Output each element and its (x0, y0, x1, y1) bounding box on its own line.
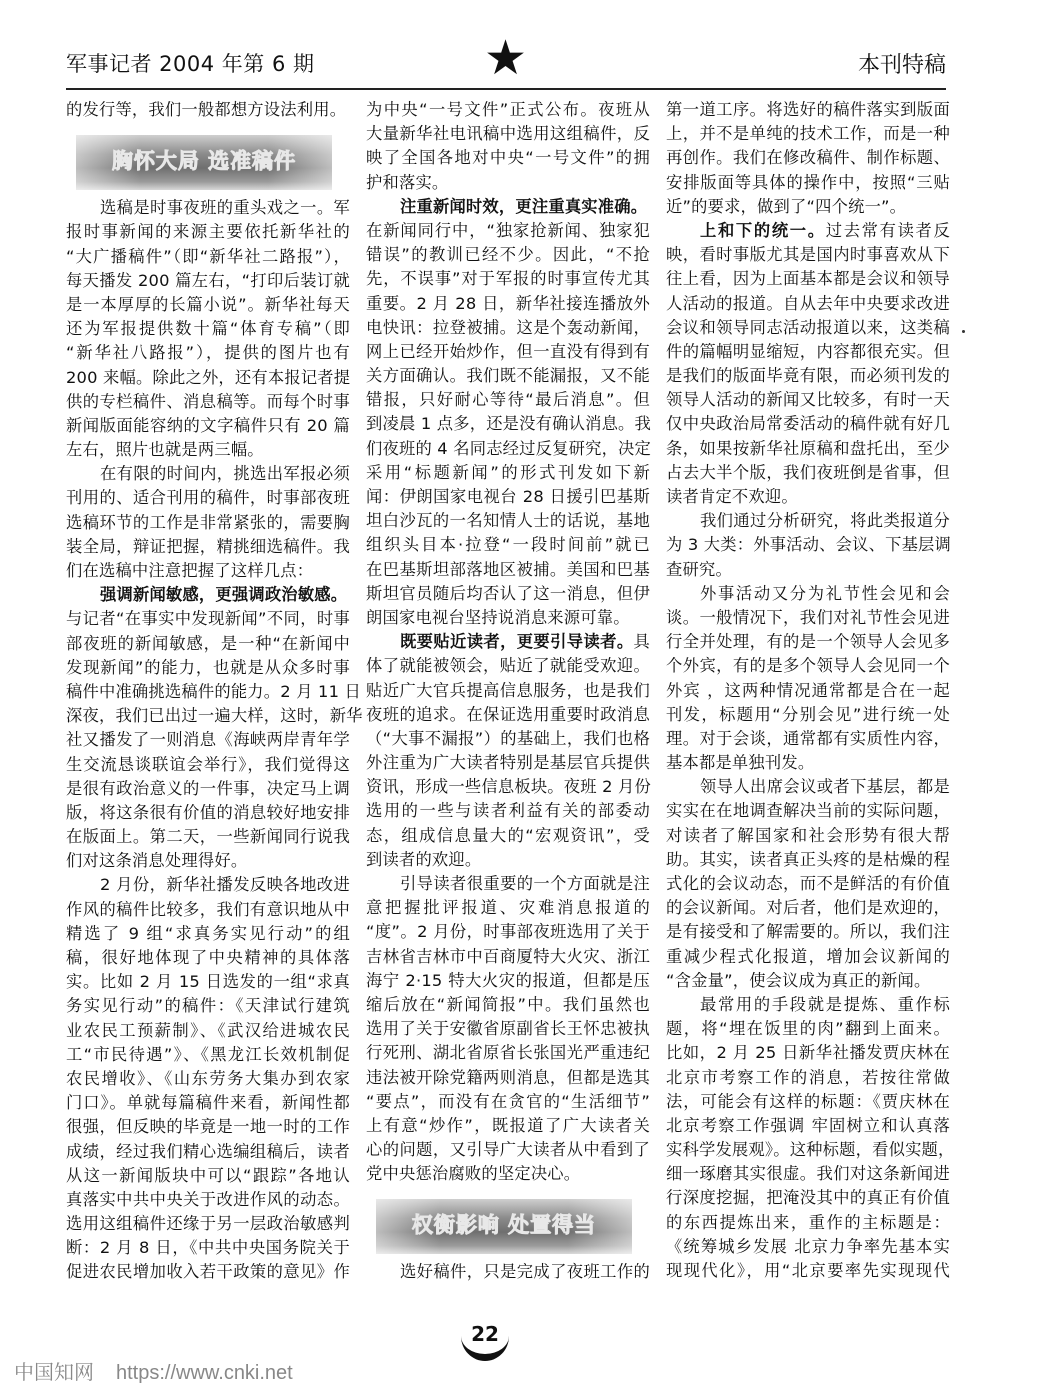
text-line: 现现代化》，用“北京要率先实现现代 (666, 1259, 950, 1283)
text-line: 映了全国各地对中央“一号文件”的拥 (366, 146, 650, 170)
cnki-watermark: 中国知网https://www.cnki.net (14, 1356, 293, 1385)
text-line: 北京考察工作强调 牢固树立和认真落 (666, 1114, 950, 1138)
text-line: 刊用的、适合刊用的稿件，时事部夜班 (66, 486, 350, 510)
text-line: 大量新华社电讯稿中选用这组稿件，反 (366, 122, 650, 146)
text-line: 很强，但反映的毕竟是一地一时的工作 (66, 1115, 350, 1139)
text-line: 题，将“埋在饭里的肉”翻到上面来。 (666, 1017, 950, 1041)
bold-lead-in: 上和下的统一。 (700, 221, 826, 240)
text-line: 是有接受和了解需要的。所以，我们注 (666, 920, 950, 944)
text-line: 夜班的追求。在保证选用重要时政消息 (366, 703, 650, 727)
text-line: 比如，2 月 25 日新华社播发贾庆林在 (666, 1041, 950, 1065)
text-line: 外宾 ，这两种情况通常都是合在一起 (666, 679, 950, 703)
journal-issue: 军事记者 2004 年第 6 期 (66, 48, 315, 78)
text-line: 领导人活动的新闻又比较多，有时一天 (666, 388, 950, 412)
section-name: 本刊特稿 (858, 48, 946, 79)
text-line: 映，看时事版尤其是国内时事喜欢从下 (666, 243, 950, 267)
paragraph: 选好稿件，只是完成了夜班工作的 (366, 1260, 650, 1284)
text-line: 实。比如 2 月 15 日选发的一组“求真 (66, 970, 350, 994)
text-line: 到读者的欢迎。 (366, 848, 650, 872)
text-line: 条，如果按新华社原稿和盘托出，至少 (666, 437, 950, 461)
text-line: 缩后放在“新闻简报”中。我们虽然也 (366, 993, 650, 1017)
text-line: 组织头目本·拉登“一段时间前”就已 (366, 533, 650, 557)
text-line: 是一本厚厚的长篇小说”。新华社每天 (66, 293, 350, 317)
text-line: 关方面确认。我们既不能漏报，又不能 (366, 364, 650, 388)
text-line: 200 来幅。除此之外，还有本报记者提 (66, 366, 350, 390)
section-heading-banner: 胸怀大局 选准稿件 (76, 135, 332, 190)
paragraph: 强调新闻敏感，更强调政治敏感。与记者“在事实中发现新闻”不同，时事部夜班的新闻敏… (66, 583, 350, 873)
text-line: 违法被开除党籍两则消息，但都是选其 (366, 1066, 650, 1090)
text-line: 对读者了解国家和社会形势有很大帮 (666, 824, 950, 848)
text-line: 报时事新闻的来源主要依托新华社的 (66, 220, 350, 244)
text-line: 个外宾，有的是多个领导人会见同一个 (666, 654, 950, 678)
text-line: 业农民工预薪制》、《武汉给进城农民 (66, 1019, 350, 1043)
text-line: 往上看，因为上面基本都是会议和领导 (666, 267, 950, 291)
text-line: “度”。2 月份，时事部夜班选用了关于 (366, 920, 650, 944)
paragraph: 既要贴近读者，更要引导读者。具体了就能被领会，贴近了就能受欢迎。贴近广大官兵提高… (366, 630, 650, 872)
text-line: 意把握批评报道、灾难消息报道的 (366, 896, 650, 920)
text-line: 们在选稿中注意把握了这样几点： (66, 559, 350, 583)
text-line: 深夜，我们已出过一遍大样，这时，新华 (66, 704, 350, 728)
paragraph: 上和下的统一。过去常有读者反映，看时事版尤其是国内时事喜欢从下往上看，因为上面基… (666, 219, 950, 509)
text-line: 强调新闻敏感，更强调政治敏感。 (66, 583, 350, 607)
text-line: 上和下的统一。过去常有读者反 (666, 219, 950, 243)
text-line: 贴近广大官兵提高信息服务，也是我们 (366, 679, 650, 703)
paragraph: 领导人出席会议或者下基层，都是实实在在地调查解决当前的实际问题，对读者了解国家和… (666, 775, 950, 993)
text-line: 错误”的教训已经不少。因此，“不抢 (366, 243, 650, 267)
text-line: 海宁 2·15 特大火灾的报道，但都是压 (366, 969, 650, 993)
text-line: 仅中央政治局常委活动的稿件就有好几 (666, 412, 950, 436)
text-line: “大广播稿件”（即“新华社二路报”）， (66, 245, 350, 269)
text-line: 错报，只好耐心等待“最后消息”。但 (366, 388, 650, 412)
running-header: 军事记者 2004 年第 6 期 ★ 本刊特稿 (66, 44, 946, 88)
text-line: 在有限的时间内，挑选出军报必须 (66, 462, 350, 486)
text-line: 谈。一般情况下，我们对礼节性会见进 (666, 606, 950, 630)
text-line: 细一琢磨其实很虚。我们对这条新闻进 (666, 1162, 950, 1186)
text-line: 外注重为广大读者特别是基层官兵提供 (366, 751, 650, 775)
text-line: 版，将这条很有价值的消息较好地安排 (66, 801, 350, 825)
text-line: 为中央“一号文件”正式公布。夜班从 (366, 98, 650, 122)
text-line: 注重新闻时效，更注重真实准确。 (366, 195, 650, 219)
text-line: 法，可能会有这样的标题：《贾庆林在 (666, 1090, 950, 1114)
paragraph: 引导读者很重要的一个方面就是注意把握批评报道、灾难消息报道的“度”。2 月份，时… (366, 872, 650, 1186)
text-line: 到凌晨 1 点多，还是没有确认消息。我 (366, 412, 650, 436)
text-line: 朗国家电视台坚持说消息来源可靠。 (366, 606, 650, 630)
text-line: 作风的稿件比较多，我们有意识地从中 (66, 898, 350, 922)
text-line: 的发行等，我们一般都想方设法利用。 (66, 98, 350, 122)
paragraph: 外事活动又分为礼节性会见和会谈。一般情况下，我们对礼节性会见进行全并处理，有的是… (666, 582, 950, 776)
text-line: 领导人出席会议或者下基层，都是 (666, 775, 950, 799)
text-line: 门口》。单就每篇稿件来看，新闻性都 (66, 1091, 350, 1115)
text-line: 外事活动又分为礼节性会见和会 (666, 582, 950, 606)
text-line: 网上已经开始炒作，但一直没有得到有 (366, 340, 650, 364)
section-heading-banner: 权衡影响 处置得当 (376, 1199, 632, 1254)
text-line: 为 3 大类：外事活动、会议、下基层调 (666, 533, 950, 557)
text-line: 从这一新闻版块中可以“跟踪”各地认 (66, 1164, 350, 1188)
text-line: 会议和领导同志活动报道以来，这类稿 (666, 316, 950, 340)
text-line: 重减少程式化报道，增加会议新闻的 (666, 945, 950, 969)
text-line: 新闻版面能容纳的文字稿件只有 20 篇 (66, 414, 350, 438)
text-line: 工“市民待遇”》、《黑龙江长效机制促 (66, 1043, 350, 1067)
text-line: 护和落实。 (366, 171, 650, 195)
paragraph: 我们通过分析研究，将此类报道分为 3 大类：外事活动、会议、下基层调查研究。 (666, 509, 950, 582)
text-line: 断：2 月 8 日，《中共中央国务院关于 (66, 1236, 350, 1260)
text-line: 们夜班的 4 名同志经过反复研究，决定 (366, 437, 650, 461)
text-line: 还为军报提供数十篇“体育专稿”（即 (66, 317, 350, 341)
text-line: 精选了 9 组“求真务实见行动”的组 (66, 922, 350, 946)
text-line: 采用“标题新闻”的形式刊发如下新 (366, 461, 650, 485)
text-line: 农民增收》、《山东劳务大集办到农家 (66, 1067, 350, 1091)
text-line: 行死刑、湖北省原省长张国光严重违纪 (366, 1041, 650, 1065)
text-line: 心的问题，又引导广大读者从中看到了 (366, 1138, 650, 1162)
text-line: 是我们的版面毕竟有限，而必须刊发的 (666, 364, 950, 388)
text-line: 助。其实，读者真正头疼的是枯燥的程 (666, 848, 950, 872)
text-line: 每天播发 200 篇左右，“打印后装订就 (66, 269, 350, 293)
text-line: 与记者“在事实中发现新闻”不同，时事 (66, 607, 350, 631)
text-line: 电快讯：拉登被捕。这是个轰动新闻， (366, 316, 650, 340)
text-line: 引导读者很重要的一个方面就是注 (366, 872, 650, 896)
text-line: 在版面上。第二天，一些新闻同行说我 (66, 825, 350, 849)
text-line: 选用这组稿件还缘于另一层政治敏感判 (66, 1212, 350, 1236)
text-line: 选稿环节的工作是非常紧张的，需要胸 (66, 511, 350, 535)
text-line: 最常用的手段就是提炼、重作标 (666, 993, 950, 1017)
text-line: 《统筹城乡发展 北京力争率先基本实 (666, 1235, 950, 1259)
text-line: 闻：伊朗国家电视台 28 日援引巴基斯 (366, 485, 650, 509)
text-line: 先，不误事”对于军报的时事宣传尤其 (366, 267, 650, 291)
paragraph: 为中央“一号文件”正式公布。夜班从大量新华社电讯稿中选用这组稿件，反映了全国各地… (366, 98, 650, 195)
paragraph: 的发行等，我们一般都想方设法利用。 (66, 98, 350, 122)
text-line: 上，并不是单纯的技术工作，而是一种 (666, 122, 950, 146)
text-line: “新华社八路报”），提供的图片也有 (66, 341, 350, 365)
text-line: 吉林省吉林市中百商厦特大火灾、浙江 (366, 945, 650, 969)
text-line: 第一道工序。将选好的稿件落实到版面 (666, 98, 950, 122)
text-line: 人活动的报道。自从去年中央要求改进 (666, 292, 950, 316)
text-line: 读者肯定不欢迎。 (666, 485, 950, 509)
section-heading: 胸怀大局 选准稿件 (112, 145, 296, 175)
paragraph: 最常用的手段就是提炼、重作标题，将“埋在饭里的肉”翻到上面来。比如，2 月 25… (666, 993, 950, 1283)
text-column-3: 第一道工序。将选好的稿件落实到版面上，并不是单纯的技术工作，而是一种再创作。我们… (666, 98, 950, 1283)
text-line: 再创作。我们在修改稿件、制作标题、 (666, 146, 950, 170)
text-line: 理。对于会谈，通常都有实质性内容， (666, 727, 950, 751)
text-line: 实科学发展观》。这种标题，看似实题， (666, 1138, 950, 1162)
text-line: 的东西提炼出来，重作的主标题是： (666, 1211, 950, 1235)
text-line: 稿，很好地体现了中央精神的具体落 (66, 946, 350, 970)
paragraph: 2 月份，新华社播发反映各地改进作风的稿件比较多，我们有意识地从中精选了 9 组… (66, 873, 350, 1284)
section-heading: 权衡影响 处置得当 (412, 1209, 596, 1239)
paragraph: 在有限的时间内，挑选出军报必须刊用的、适合刊用的稿件，时事部夜班选稿环节的工作是… (66, 462, 350, 583)
star-icon: ★ (484, 34, 527, 82)
text-line: 近”的要求，做到了“四个统一”。 (666, 195, 950, 219)
paragraph: 第一道工序。将选好的稿件落实到版面上，并不是单纯的技术工作，而是一种再创作。我们… (666, 98, 950, 219)
text-line: 上有意“炒作”，既报道了广大读者关 (366, 1114, 650, 1138)
text-line: 件的篇幅明显缩短，内容都很充实。但 (666, 340, 950, 364)
text-line: 在新闻同行中，“独家抢新闻、独家犯 (366, 219, 650, 243)
text-line: 查研究。 (666, 558, 950, 582)
text-line: 行深度挖掘，把淹没其中的真正有价值 (666, 1186, 950, 1210)
paragraph: 选稿是时事夜班的重头戏之一。军报时事新闻的来源主要依托新华社的“大广播稿件”（即… (66, 196, 350, 462)
text-line: 安排版面等具体的操作中，按照“三贴 (666, 171, 950, 195)
bold-lead-in: 强调新闻敏感，更强调政治敏感。 (100, 585, 347, 604)
text-line: 是很有政治意义的一件事，决定马上调 (66, 777, 350, 801)
text-line: 坦白沙瓦的一名知情人士的话说，基地 (366, 509, 650, 533)
text-line: （“大事不漏报”）的基础上，我们也格 (366, 727, 650, 751)
text-line: 选用了关于安徽省原副省长王怀忠被执 (366, 1017, 650, 1041)
text-line: 们对这条消息处理得好。 (66, 849, 350, 873)
text-line: 的会议新闻。对后者，他们是欢迎的， (666, 896, 950, 920)
text-line: 选稿是时事夜班的重头戏之一。军 (66, 196, 350, 220)
text-line: 生交流恳谈联谊会举行》，我们觉得这 (66, 753, 350, 777)
text-line: 装全局，辩证把握，精挑细选稿件。我 (66, 535, 350, 559)
text-line: 斯坦官员随后均否认了这一消息，但伊 (366, 582, 650, 606)
text-line: 部夜班的新闻敏感，是一种“在新闻中 (66, 632, 350, 656)
watermark-site: 中国知网 (14, 1360, 94, 1384)
bold-lead-in: 注重新闻时效，更注重真实准确。 (400, 197, 647, 216)
header-divider (66, 88, 946, 90)
text-column-2: 为中央“一号文件”正式公布。夜班从大量新华社电讯稿中选用这组稿件，反映了全国各地… (366, 98, 650, 1285)
text-line: 稿件中准确挑选稿件的能力。2 月 11 日 (66, 680, 350, 704)
text-line: 选用的一些与读者利益有关的部委动 (366, 799, 650, 823)
text-line: 选好稿件，只是完成了夜班工作的 (366, 1260, 650, 1284)
bold-lead-in: 既要贴近读者，更要引导读者。 (400, 632, 634, 651)
text-line: 党中央惩治腐败的坚定决心。 (366, 1162, 650, 1186)
text-line: 基本都是单独刊发。 (666, 751, 950, 775)
text-line: 务实见行动”的稿件：《天津试行建筑 (66, 994, 350, 1018)
text-line: 在巴基斯坦部落地区被捕。美国和巴基 (366, 558, 650, 582)
text-line: 供的专栏稿件、消息稿等。而每个时事 (66, 390, 350, 414)
text-line: 行全并处理，有的是一个领导人会见多 (666, 630, 950, 654)
text-line: 实实在在地调查解决当前的实际问题， (666, 799, 950, 823)
text-line: “要点”，而没有在贪官的“生活细节” (366, 1090, 650, 1114)
text-line: 左右，照片也就是两三幅。 (66, 438, 350, 462)
text-line: 北京市考察工作的消息，若按往常做 (666, 1066, 950, 1090)
text-line: 我们通过分析研究，将此类报道分 (666, 509, 950, 533)
paragraph: 注重新闻时效，更注重真实准确。在新闻同行中，“独家抢新闻、独家犯错误”的教训已经… (366, 195, 650, 630)
text-line: 占去大半个版，我们夜班倒是省事，但 (666, 461, 950, 485)
text-line: 资讯，形成一些信息板块。夜班 2 月份 (366, 775, 650, 799)
text-line: 体了就能被领会，贴近了就能受欢迎。 (366, 654, 650, 678)
text-line: 社又播发了一则消息《海峡两岸青年学 (66, 728, 350, 752)
text-line: 成绩，经过我们精心选编组稿后，读者 (66, 1140, 350, 1164)
print-speck (962, 330, 965, 333)
text-line: 式化的会议动态，而不是鲜活的有价值 (666, 872, 950, 896)
watermark-url[interactable]: https://www.cnki.net (116, 1362, 293, 1384)
text-line: “含金量”，使会议成为真正的新闻。 (666, 969, 950, 993)
page-number: 22 (457, 1322, 513, 1356)
text-line: 既要贴近读者，更要引导读者。具 (366, 630, 650, 654)
text-line: 2 月份，新华社播发反映各地改进 (66, 873, 350, 897)
text-line: 态，组成信息量大的“宏观资讯”，受 (366, 824, 650, 848)
text-line: 促进农民增加收入若干政策的意见》作 (66, 1260, 350, 1284)
text-line: 刊发，标题用“分别会见”进行统一处 (666, 703, 950, 727)
text-line: 重要。2 月 28 日，新华社接连播放外 (366, 292, 650, 316)
text-line: 发现新闻”的能力，也就是从众多时事 (66, 656, 350, 680)
text-column-1: 的发行等，我们一般都想方设法利用。胸怀大局 选准稿件选稿是时事夜班的重头戏之一。… (66, 98, 350, 1285)
text-line: 真落实中共中央关于改进作风的动态。 (66, 1188, 350, 1212)
